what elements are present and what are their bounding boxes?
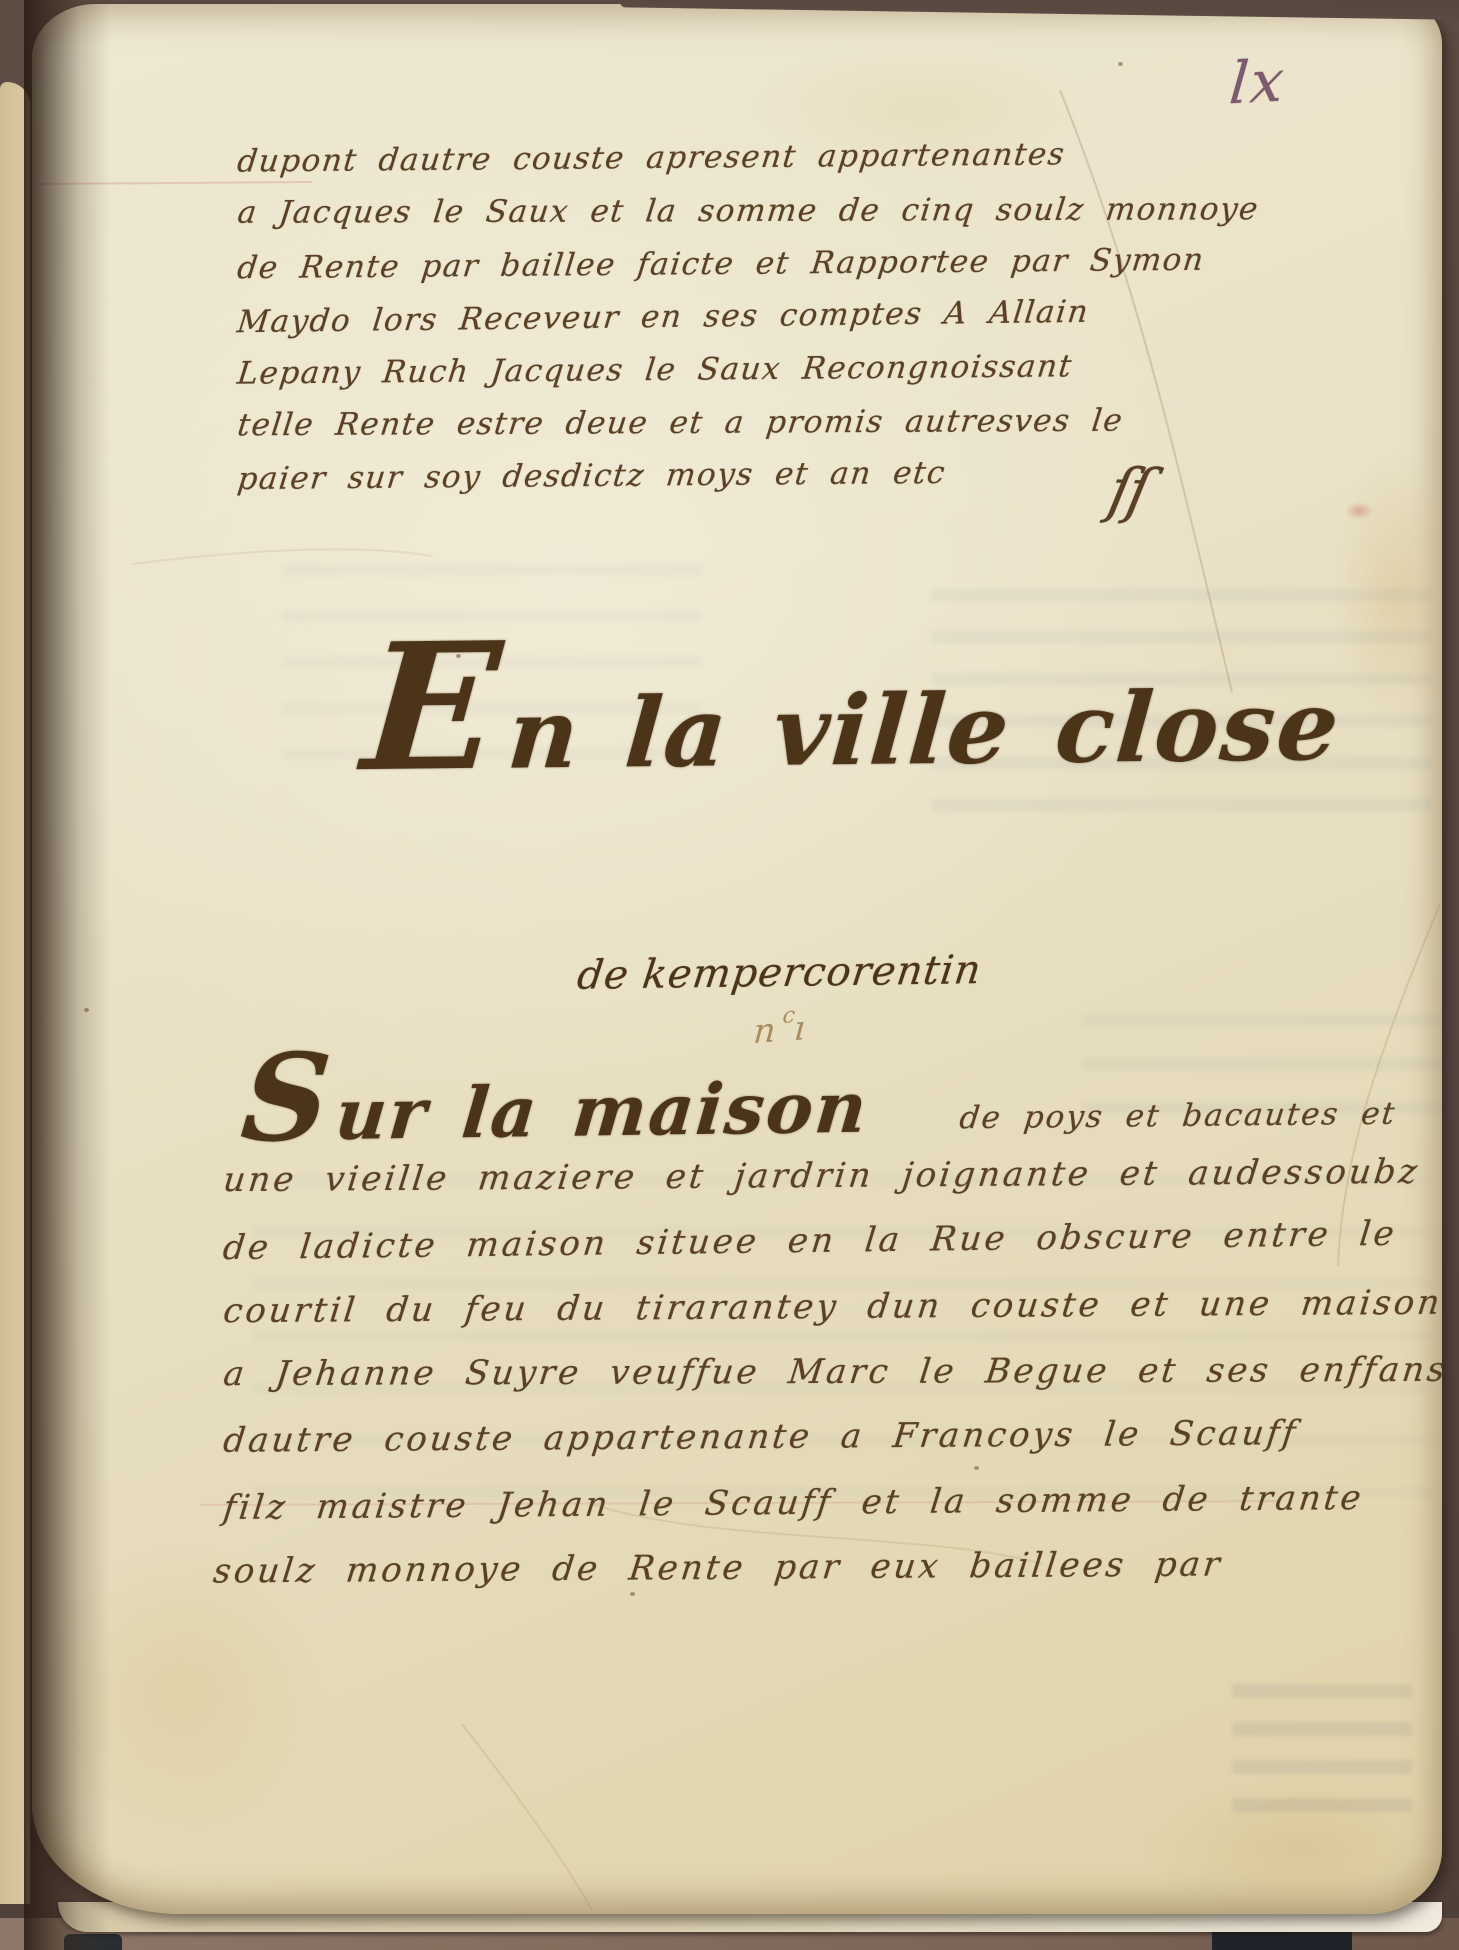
manuscript-page: lx dupont dautre couste apresent apparte… <box>32 4 1442 1914</box>
manuscript-line: Maydo lors Receveur en ses comptes A All… <box>235 294 1091 340</box>
archival-annotation: ncı <box>752 1002 813 1052</box>
ink-speck <box>974 1466 979 1470</box>
folio-number: lx <box>1227 47 1289 118</box>
manuscript-line: a Jacques le Saux et la somme de cinq so… <box>236 191 1261 231</box>
ink-speck <box>630 1592 635 1596</box>
ink-speck <box>84 1008 89 1012</box>
ink-speck <box>1118 62 1123 66</box>
entry-opening-continuation: de poys et bacautes et <box>958 1096 1399 1137</box>
stain-pink-dot <box>1344 502 1374 520</box>
manuscript-line: filz maistre Jehan le Scauff et la somme… <box>221 1478 1366 1528</box>
ruling-line-top <box>32 181 312 185</box>
dark-object-on-table-small <box>64 1934 122 1950</box>
annotation-base: n <box>752 1010 783 1052</box>
facing-page-edge <box>0 82 30 1904</box>
manuscript-line: telle Rente estre deue et a promis autre… <box>236 403 1126 444</box>
section-heading: En la ville close <box>359 651 1346 792</box>
manuscript-line: a Jehanne Suyre veuffue Marc le Begue et… <box>221 1350 1442 1394</box>
paragraph-end-flourish: ſſ <box>1103 455 1154 526</box>
stain-right-middle <box>1332 454 1442 734</box>
section-heading-subline: de kempercorentin <box>575 947 984 999</box>
manuscript-line: soulz monnoye de Rente par eux baillees … <box>211 1544 1224 1591</box>
manuscript-line: courtil du feu du tirarantey dun couste … <box>221 1283 1442 1332</box>
showthrough-stamp <box>1232 1684 1412 1814</box>
manuscript-line: Lepany Ruch Jacques le Saux Recongnoissa… <box>236 348 1075 391</box>
stain-bottom-right <box>1142 1774 1442 1914</box>
manuscript-line: dautre couste appartenante a Francoys le… <box>221 1413 1300 1460</box>
manuscript-line: de Rente par baillee faicte et Rapportee… <box>235 242 1206 286</box>
entry-opening-words: Sur la maison <box>237 1058 872 1158</box>
manuscript-line: de ladicte maison situee en la Rue obscu… <box>221 1214 1399 1268</box>
manuscript-line: une vieille maziere et jardrin joignante… <box>221 1152 1422 1200</box>
annotation-unit: ı <box>793 1008 813 1049</box>
manuscript-photo-scene: lx dupont dautre couste apresent apparte… <box>0 0 1459 1950</box>
manuscript-line: dupont dautre couste apresent appartenan… <box>236 136 1068 179</box>
manuscript-line: paier sur soy desdictz moys et an etc <box>236 455 948 497</box>
